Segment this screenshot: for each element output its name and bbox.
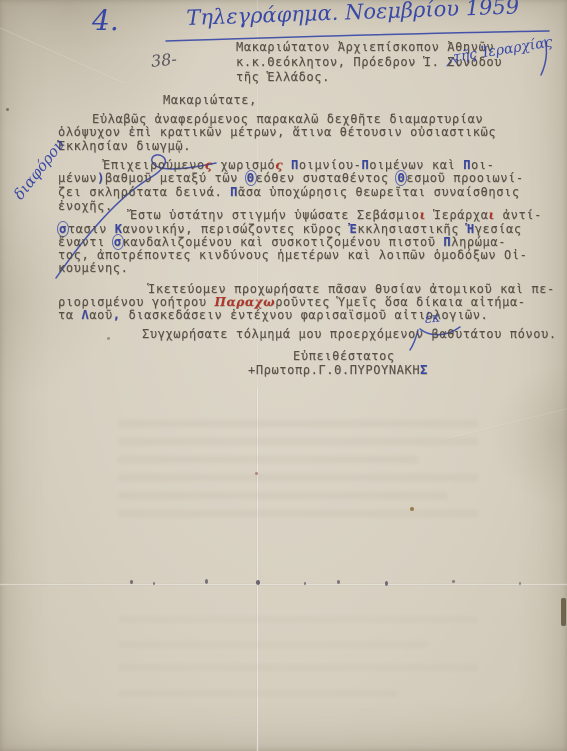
handwritten-correction: Π [230, 185, 238, 199]
typed-text: ἐνοχῆς. [58, 199, 113, 213]
para4-line1: Ἱκετεύομεν προχωρήσατε πᾶσαν θυσίαν ἀτομ… [148, 283, 555, 295]
typed-text: χωρισμό [213, 158, 276, 172]
typed-text: Εὐλαβῶς ἀναφερόμενος παρακαλῶ δεχθῆτε δι… [92, 112, 483, 126]
bleed-through [118, 616, 478, 623]
typed-text: αοῦ [89, 308, 112, 322]
typed-text: Ἱκετεύομεν προχωρήσατε πᾶσαν θυσίαν ἀτομ… [148, 282, 555, 296]
ink-speck [385, 581, 388, 586]
bleed-through [118, 474, 478, 481]
handwritten-correction: Παραχω [215, 295, 276, 309]
para3-line1: Ἔστω ὑστάτην στιγμήν ὑψώσατε Σεβάσμιοι Ἱ… [130, 209, 542, 221]
typed-text: κουμένης. [58, 261, 128, 275]
ink-speck [452, 580, 455, 583]
typed-text: Μακαριώτατε, [163, 93, 257, 107]
para2-line3: ζει σκληρότατα δεινά. Πᾶσα ὑποχώρησις θε… [58, 186, 520, 198]
para3-line4: τος, ἀποτρέποντες κινδύνους ἡμετέρων καὶ… [58, 249, 527, 261]
ink-speck [107, 337, 110, 340]
typed-text: ὁλόψυχον ἐπὶ κρατικῶν μέτρων, ἅτινα θέτο… [58, 125, 496, 139]
typed-text: τος, ἀποτρέποντες κινδύνους ἡμετέρων καὶ… [58, 248, 527, 262]
para3-line2: στασιν Κανονικήν, περισώζοντες κῦρος Ἐκκ… [58, 223, 522, 235]
stain [255, 472, 258, 475]
bleed-through [118, 420, 478, 427]
handwritten-page-number: 4. [92, 4, 119, 37]
typed-text: Εὐπειθέστατος [293, 349, 395, 363]
typed-text: κανδαλιζομένου καὶ συσκοτιζομένου πιστοῦ [123, 235, 444, 249]
para1-line2: ὁλόψυχον ἐπὶ κρατικῶν μέτρων, ἅτινα θέτο… [58, 126, 496, 138]
edge-stain [561, 598, 566, 626]
bleed-through [118, 664, 478, 671]
bleed-through [118, 510, 478, 517]
closing: Εὐπειθέστατος [293, 350, 395, 362]
typed-text: μένων [58, 171, 97, 185]
typed-text: γεσίας [475, 222, 522, 236]
typed-text: οιμένων καὶ [369, 158, 463, 172]
handwritten-correction: ς [205, 158, 213, 172]
typed-text: ροῦντες Ὑμεῖς ὅσα δίκαια αἰτήμα- [275, 295, 525, 309]
ink-speck [304, 582, 306, 585]
handwritten-telegram-title: Τηλεγράφημα. Νοεμβρίου 1959 [186, 0, 520, 30]
bleed-through [118, 492, 448, 499]
typed-text: ανονικήν, περισώζοντες κῦρος [123, 222, 350, 236]
para1-line1: Εὐλαβῶς ἀναφερόμενος παρακαλῶ δεχθῆτε δι… [92, 113, 483, 125]
signature: +Πρωτοπρ.Γ.Θ.ΠΥΡΟΥΝΑΚΗΣ [248, 364, 428, 376]
typed-text: τῆς Ἑλλάδος. [236, 70, 330, 84]
bleed-through [118, 641, 428, 648]
ink-speck [337, 580, 340, 584]
handwritten-correction: Π [291, 158, 299, 172]
para1-line3: Ἐκκλησίαν διωγμῷ. [58, 140, 191, 152]
typed-text: Ἔστω ὑστάτην στιγμήν ὑψώσατε Σεβάσμιο [130, 208, 420, 222]
typed-text: Ἱεράρχα [426, 208, 489, 222]
bleed-through [118, 438, 478, 445]
typed-text: Συγχωρήσατε τόλμημά μου προερχόμενον βαθ… [142, 327, 557, 341]
typed-text: τασιν [68, 222, 115, 236]
bleed-through [118, 690, 398, 697]
typed-text: ἀντί- [495, 208, 542, 222]
ink-speck [256, 580, 260, 585]
para2-line2: μένων)βαθμοῦ μεταξύ τῶν Θεόθεν συσταθέντ… [58, 172, 524, 184]
typed-text: Ἐπιχειρούμενο [103, 158, 205, 172]
ink-speck [6, 108, 9, 111]
para2-line4: ἐνοχῆς. [58, 200, 113, 212]
para4-line2: ριορισμένου γοήτρου Παραχωροῦντες Ὑμεῖς … [58, 296, 526, 308]
ink-speck [519, 582, 521, 585]
typed-text: βαθμοῦ μεταξύ τῶν [105, 171, 246, 185]
greeting: Μακαριώτατε, [163, 94, 257, 106]
typed-text: ζει σκληρότατα δεινά. [58, 185, 230, 199]
typed-text: κκλησιαστικῆς [357, 222, 467, 236]
ink-speck [205, 579, 208, 584]
typed-text: τα [58, 308, 81, 322]
typed-text: +Πρωτοπρ.Γ.Θ.ΠΥΡΟΥΝΑΚΗ [248, 363, 420, 377]
handwritten-correction: ) [97, 171, 105, 185]
handwritten-correction: Σ [420, 363, 428, 377]
bleed-through [118, 456, 418, 463]
typed-text: ἔναντι [58, 235, 113, 249]
para2-line1: Ἐπιχειρούμενος χωρισμός Ποιμνίου-Ποιμένω… [103, 159, 495, 171]
typed-text: εόθεν συσταθέντος [256, 171, 397, 185]
handwritten-correction: , [113, 308, 121, 322]
typed-text: ληρώμα- [451, 235, 506, 249]
typed-text: εσμοῦ προοιωνί- [406, 171, 523, 185]
typed-text: ριορισμένου γοήτρου [58, 295, 215, 309]
address-line-3: τῆς Ἑλλάδος. [236, 71, 330, 83]
ink-speck [130, 580, 133, 584]
para5-line1: Συγχωρήσατε τόλμημά μου προερχόμενον βαθ… [142, 328, 557, 340]
typed-text: ᾶσα ὑποχώρησις θεωρεῖται συναίσθησις [238, 185, 520, 199]
typed-text: οι- [471, 158, 494, 172]
scanned-letter-page: Μακαριώτατον Ἀρχιεπίσκοπον Ἀθηνῶνκ.κ.Θεό… [0, 0, 567, 751]
horizontal-fold-crease [0, 583, 567, 586]
handwritten-correction: Ἡ [467, 222, 475, 236]
ink-speck [153, 582, 155, 585]
stain [410, 507, 414, 511]
typed-text: Ἐκκλησίαν διωγμῷ. [58, 139, 191, 153]
typed-text: οιμνίου- [299, 158, 362, 172]
handwritten-correction: Π [463, 158, 471, 172]
para3-line5: κουμένης. [58, 262, 128, 274]
handwritten-correction: ς [275, 158, 283, 172]
para3-line3: ἔναντι σκανδαλιζομένου καὶ συσκοτιζομένο… [58, 236, 506, 248]
typed-text [283, 158, 291, 172]
handwritten-number-note: 38- [150, 49, 178, 71]
handwritten-insert-ek: ἐκ [424, 310, 441, 327]
